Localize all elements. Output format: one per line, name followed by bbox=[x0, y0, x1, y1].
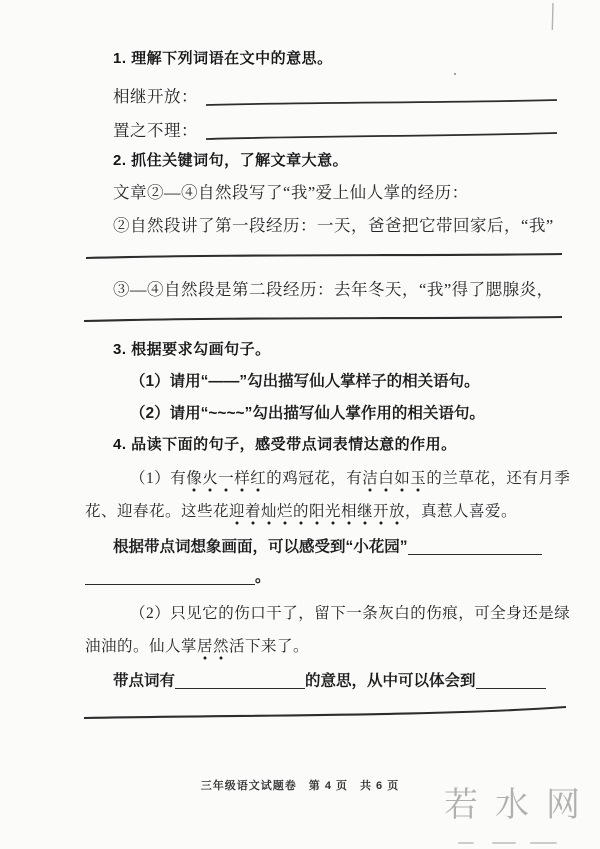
answer-line-term2 bbox=[206, 133, 557, 139]
emphasized-text: 洁白如玉 bbox=[362, 470, 426, 492]
q3-item2-text: （2）请用“~~~~”勾出描写仙人掌作用的相关语句。 bbox=[130, 404, 485, 423]
scan-dot-artifact bbox=[454, 73, 456, 75]
fill-in-blank bbox=[476, 673, 546, 689]
watermark-subtext-mark bbox=[458, 842, 474, 844]
q4-sentence1-line2: 花、迎春花。这些花迎着灿烂的阳光相继开放，真惹人喜爱。 bbox=[85, 502, 517, 521]
text-segment: 油油的。仙人掌 bbox=[85, 638, 197, 655]
q2-intro-text: 文章②—④自然段写了“我”爱上仙人掌的经历： bbox=[113, 183, 469, 204]
q1-term1-label: 相继开放： bbox=[113, 87, 198, 108]
emphasized-text: 迎着灿烂的阳光相继开放 bbox=[229, 503, 405, 525]
scanned-test-page: 1. 理解下列词语在文中的意思。 相继开放： 置之不理： 2. 抓住关键词句，了… bbox=[0, 0, 600, 849]
watermark-text: 若水网 bbox=[444, 785, 597, 826]
answer-line-exp1 bbox=[86, 254, 562, 258]
q4-sentence2-line1: （2）只见它的伤口干了，留下一条灰白的伤痕，可全身还是绿 bbox=[130, 604, 570, 623]
ruled-lines-layer bbox=[0, 0, 600, 849]
q1-term2-label: 置之不理： bbox=[113, 121, 198, 142]
text-segment: 的鸡冠花，有 bbox=[266, 470, 362, 487]
text-segment: 活下来了。 bbox=[229, 638, 309, 655]
text-segment: 。 bbox=[255, 569, 271, 586]
answer-line-term1 bbox=[206, 100, 557, 105]
watermark-subtext-mark bbox=[492, 842, 516, 844]
scan-scratch-mark bbox=[552, 3, 553, 30]
q3-item1-text: （1）请用“——”勾出描写仙人掌样子的相关语句。 bbox=[130, 372, 480, 391]
text-segment: 带点词有 bbox=[113, 673, 175, 690]
text-segment: 的兰草花，还有月季 bbox=[426, 470, 570, 487]
q4-sentence2-answer-prompt: 带点词有的意思，从中可以体会到 bbox=[113, 670, 546, 691]
q4-sentence2-line2: 油油的。仙人掌居然活下来了。 bbox=[85, 637, 309, 656]
q4-sentence1-answer-prompt: 根据带点词想象画面，可以感受到“小花园” bbox=[113, 536, 542, 557]
text-segment: （1）有 bbox=[130, 470, 186, 487]
answer-line-exp2 bbox=[84, 317, 562, 321]
text-segment: 根据带点词想象画面，可以感受到“小花园” bbox=[113, 539, 408, 556]
fill-in-blank bbox=[175, 673, 305, 689]
text-segment: 的意思，从中可以体会到 bbox=[305, 673, 476, 690]
text-segment: ，真惹人喜爱。 bbox=[405, 503, 517, 520]
text-segment: 花、迎春花。这些花 bbox=[85, 503, 229, 520]
q4-heading: 4. 品读下面的句子，感受带点词表情达意的作用。 bbox=[113, 436, 457, 455]
fill-in-blank bbox=[408, 539, 542, 555]
emphasized-text: 像火一样红 bbox=[186, 470, 266, 492]
q2-experience2-text: ③—④自然段是第二段经历：去年冬天，“我”得了腮腺炎， bbox=[113, 280, 554, 301]
q2-experience1-text: ②自然段讲了第一段经历：一天，爸爸把它带回家后，“我” bbox=[113, 216, 554, 237]
fill-in-blank bbox=[85, 569, 255, 585]
q4-sentence1-line1: （1）有像火一样红的鸡冠花，有洁白如玉的兰草花，还有月季 bbox=[130, 469, 570, 488]
q3-heading: 3. 根据要求勾画句子。 bbox=[113, 341, 271, 360]
q2-heading: 2. 抓住关键词句，了解文章大意。 bbox=[113, 152, 348, 171]
q1-heading: 1. 理解下列词语在文中的意思。 bbox=[113, 50, 333, 69]
emphasized-text: 居然 bbox=[197, 638, 229, 660]
watermark-subtext-mark bbox=[530, 842, 557, 844]
q4-sentence1-answer-line2: 。 bbox=[85, 566, 271, 587]
answer-line-bottom bbox=[84, 707, 566, 718]
